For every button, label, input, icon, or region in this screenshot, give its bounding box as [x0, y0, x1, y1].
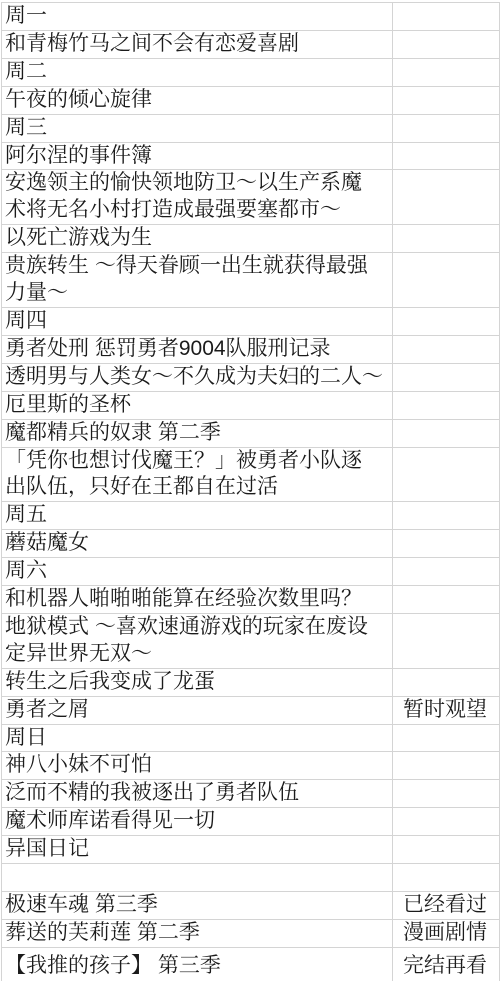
status-cell[interactable]: [393, 391, 500, 419]
schedule-table: 周一和青梅竹马之间不会有恋爱喜剧周二午夜的倾心旋律周三阿尔涅的事件簿安逸领主的愉…: [1, 2, 500, 981]
title-cell[interactable]: 厄里斯的圣杯: [2, 391, 393, 419]
table-row: 周日: [2, 724, 500, 752]
title-cell[interactable]: 泛而不精的我被逐出了勇者队伍: [2, 780, 393, 808]
status-cell[interactable]: 漫画剧情: [393, 919, 500, 947]
title-cell[interactable]: 安逸领主的愉快领地防卫～以生产系魔 术将无名小村打造成最强要塞都市～: [2, 170, 393, 225]
status-cell[interactable]: [393, 363, 500, 391]
table-row: 转生之后我变成了龙蛋: [2, 668, 500, 696]
title-cell[interactable]: 周五: [2, 502, 393, 530]
title-cell[interactable]: 周二: [2, 58, 393, 86]
title-cell[interactable]: 和青梅竹马之间不会有恋爱喜剧: [2, 30, 393, 58]
table-row: 魔都精兵的奴隶 第二季: [2, 419, 500, 447]
status-cell[interactable]: [393, 30, 500, 58]
table-row: 和青梅竹马之间不会有恋爱喜剧: [2, 30, 500, 58]
table-row: 透明男与人类女～不久成为夫妇的二人～: [2, 363, 500, 391]
table-row: 厄里斯的圣杯: [2, 391, 500, 419]
table-row: 勇者处刑 惩罚勇者9004队服刑记录: [2, 335, 500, 363]
status-cell[interactable]: [393, 170, 500, 225]
status-cell[interactable]: 已经看过: [393, 891, 500, 919]
status-cell[interactable]: [393, 335, 500, 363]
status-cell[interactable]: [393, 447, 500, 502]
status-cell[interactable]: [393, 114, 500, 142]
status-cell[interactable]: [393, 836, 500, 864]
status-cell[interactable]: [393, 808, 500, 836]
title-cell[interactable]: 蘑菇魔女: [2, 530, 393, 558]
status-cell[interactable]: [393, 586, 500, 614]
title-cell[interactable]: 以死亡游戏为生: [2, 225, 393, 253]
status-cell[interactable]: [393, 752, 500, 780]
title-cell[interactable]: 周六: [2, 558, 393, 586]
table-row: 周六: [2, 558, 500, 586]
table-row: 贵族转生 ～得天眷顾一出生就获得最强 力量～: [2, 253, 500, 308]
table-row: 和机器人啪啪啪能算在经验次数里吗？: [2, 586, 500, 614]
title-cell[interactable]: 周三: [2, 114, 393, 142]
table-row: 以死亡游戏为生: [2, 225, 500, 253]
title-cell[interactable]: 异国日记: [2, 836, 393, 864]
table-body: 周一和青梅竹马之间不会有恋爱喜剧周二午夜的倾心旋律周三阿尔涅的事件簿安逸领主的愉…: [2, 3, 500, 981]
status-cell[interactable]: [393, 3, 500, 31]
status-cell[interactable]: [393, 613, 500, 668]
title-cell[interactable]: 神八小妹不可怕: [2, 752, 393, 780]
spreadsheet: 周一和青梅竹马之间不会有恋爱喜剧周二午夜的倾心旋律周三阿尔涅的事件簿安逸领主的愉…: [0, 0, 501, 981]
table-row: 周二: [2, 58, 500, 86]
title-cell[interactable]: 【我推的孩子】 第三季: [2, 947, 393, 981]
title-cell[interactable]: 转生之后我变成了龙蛋: [2, 668, 393, 696]
title-cell[interactable]: 「凭你也想讨伐魔王？」被勇者小队逐 出队伍，只好在王都自在过活: [2, 447, 393, 502]
status-cell[interactable]: [393, 419, 500, 447]
status-cell[interactable]: [393, 58, 500, 86]
table-row: 异国日记: [2, 836, 500, 864]
status-cell[interactable]: [393, 86, 500, 114]
status-cell[interactable]: [393, 668, 500, 696]
title-cell[interactable]: 透明男与人类女～不久成为夫妇的二人～: [2, 363, 393, 391]
status-cell[interactable]: [393, 502, 500, 530]
title-cell[interactable]: 周一: [2, 3, 393, 31]
title-cell[interactable]: 周日: [2, 724, 393, 752]
status-cell[interactable]: [393, 307, 500, 335]
title-cell[interactable]: 贵族转生 ～得天眷顾一出生就获得最强 力量～: [2, 253, 393, 308]
status-cell[interactable]: 完结再看: [393, 947, 500, 981]
table-row: 周一: [2, 3, 500, 31]
title-cell[interactable]: 勇者处刑 惩罚勇者9004队服刑记录: [2, 335, 393, 363]
table-row: 阿尔涅的事件簿: [2, 142, 500, 170]
table-row: 魔术师库诺看得见一切: [2, 808, 500, 836]
table-row: 【我推的孩子】 第三季完结再看: [2, 947, 500, 981]
status-cell[interactable]: 暂时观望: [393, 696, 500, 724]
table-row: 安逸领主的愉快领地防卫～以生产系魔 术将无名小村打造成最强要塞都市～: [2, 170, 500, 225]
table-row: 午夜的倾心旋律: [2, 86, 500, 114]
table-row: 蘑菇魔女: [2, 530, 500, 558]
table-row: 勇者之屑暂时观望: [2, 696, 500, 724]
title-cell[interactable]: 魔术师库诺看得见一切: [2, 808, 393, 836]
table-row: 葬送的芙莉莲 第二季漫画剧情: [2, 919, 500, 947]
title-cell[interactable]: 魔都精兵的奴隶 第二季: [2, 419, 393, 447]
table-row: 周四: [2, 307, 500, 335]
status-cell[interactable]: [393, 530, 500, 558]
title-cell[interactable]: 葬送的芙莉莲 第二季: [2, 919, 393, 947]
table-row: 泛而不精的我被逐出了勇者队伍: [2, 780, 500, 808]
status-cell[interactable]: [393, 864, 500, 892]
status-cell[interactable]: [393, 225, 500, 253]
title-cell[interactable]: 和机器人啪啪啪能算在经验次数里吗？: [2, 586, 393, 614]
status-cell[interactable]: [393, 780, 500, 808]
title-cell[interactable]: 极速车魂 第三季: [2, 891, 393, 919]
table-row: 「凭你也想讨伐魔王？」被勇者小队逐 出队伍，只好在王都自在过活: [2, 447, 500, 502]
table-row: 地狱模式 ～喜欢速通游戏的玩家在废设 定异世界无双～: [2, 613, 500, 668]
status-cell[interactable]: [393, 558, 500, 586]
title-cell[interactable]: 勇者之屑: [2, 696, 393, 724]
table-row: 周五: [2, 502, 500, 530]
status-cell[interactable]: [393, 142, 500, 170]
table-row: [2, 864, 500, 892]
table-row: 周三: [2, 114, 500, 142]
status-cell[interactable]: [393, 724, 500, 752]
title-cell[interactable]: 地狱模式 ～喜欢速通游戏的玩家在废设 定异世界无双～: [2, 613, 393, 668]
table-row: 极速车魂 第三季已经看过: [2, 891, 500, 919]
title-cell[interactable]: [2, 864, 393, 892]
table-row: 神八小妹不可怕: [2, 752, 500, 780]
title-cell[interactable]: 午夜的倾心旋律: [2, 86, 393, 114]
status-cell[interactable]: [393, 253, 500, 308]
title-cell[interactable]: 周四: [2, 307, 393, 335]
title-cell[interactable]: 阿尔涅的事件簿: [2, 142, 393, 170]
